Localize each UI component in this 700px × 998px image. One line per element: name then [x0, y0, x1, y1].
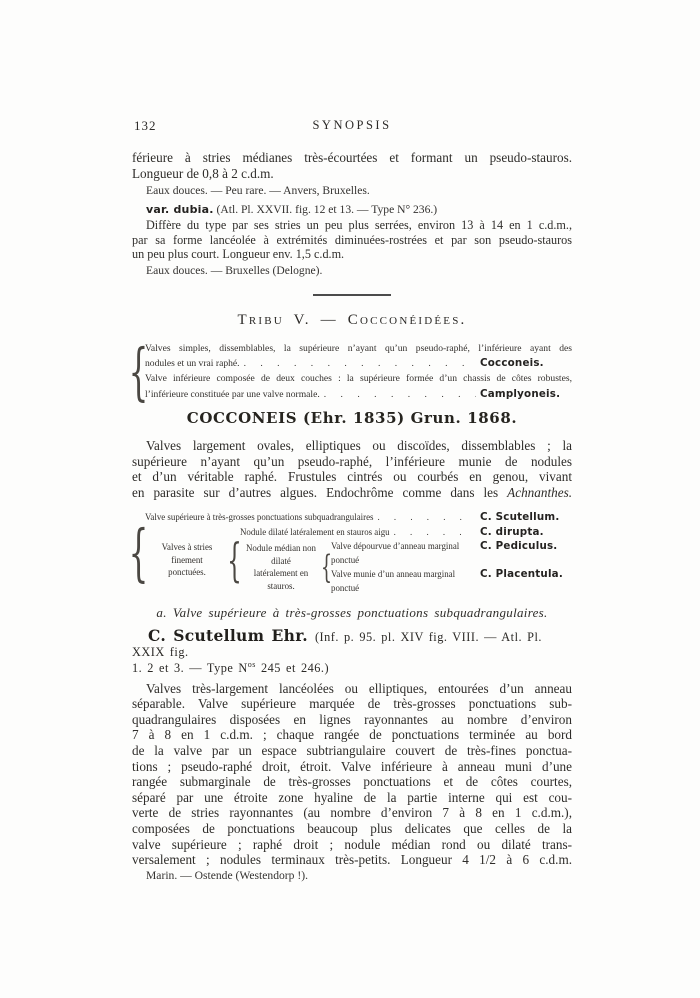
fine-punctate-group: Valves à stries finement ponctuées. { No… — [145, 525, 572, 596]
genus-key-entries: Valves simples, dissemblables, la supéri… — [145, 342, 572, 402]
median-nodule-subgroup: Nodule médian non dilaté latéralement en… — [240, 539, 572, 596]
species-name-placentula: C. Placentula. — [480, 567, 572, 581]
var-dubia-line-3: un peu plus court. Longueur env. 1,5 c.d… — [132, 247, 572, 262]
ref-line2-post: 245 et 246.) — [256, 661, 329, 675]
text-block: 132 SYNOPSIS férieure à stries médianes … — [132, 118, 572, 883]
row1-text: Valve supérieure à très-grosses ponctuat… — [145, 510, 373, 524]
ref-superscript: os — [248, 659, 256, 668]
species-name-scutellum: C. Scutellum. — [480, 510, 572, 524]
intro-line-1: férieure à stries médianes très-écourtée… — [132, 150, 572, 166]
book-page-scan: 132 SYNOPSIS férieure à stries médianes … — [0, 0, 700, 998]
desc-line-9: verte de stries rayonnantes (au nombre d… — [132, 805, 572, 821]
running-title: SYNOPSIS — [132, 118, 572, 133]
var-dubia-line-2: par sa forme lancéolée à extrémités dimi… — [132, 233, 572, 248]
running-header: 132 SYNOPSIS — [132, 118, 572, 133]
species-habitat-line: Marin. — Ostende (Westendorp !). — [132, 868, 572, 883]
key-entry2-text: l’inférieure constituée par une valve no… — [145, 388, 320, 403]
genus-desc-line-2: supérieure n’ayant qu’un pseudo-raphé, l… — [132, 454, 572, 470]
desc-line-11: valve supérieure ; raphé droit ; nodule … — [132, 837, 572, 853]
var-dubia-paragraph: Diffère du type par ses stries un peu pl… — [132, 218, 572, 262]
var-dubia-label: var. dubia. — [146, 203, 214, 216]
genus-description: Valves largement ovales, elliptiques ou … — [132, 438, 572, 500]
desc-line-8: séparé par une étroite zone hyaline de l… — [132, 790, 572, 806]
subgroup-body: Valve dépourvue d’anneau marginal ponctu… — [331, 539, 572, 596]
section-divider — [313, 294, 391, 296]
genus-desc-line-4-text: en parasite sur d’autres algues. Endochr… — [132, 485, 507, 500]
genus-desc-line-3: et d’un véritable raphé. Frustules cintr… — [132, 469, 572, 485]
genus-desc-line-1: Valves largement ovales, elliptiques ou … — [132, 438, 572, 454]
desc-line-7: rangée submarginale de très-grosses ponc… — [132, 774, 572, 790]
var-dubia-line: var. dubia. (Atl. Pl. XXVII. fig. 12 et … — [132, 202, 572, 217]
key-entry2-line2: l’inférieure constituée par une valve no… — [145, 387, 572, 403]
key-entry1-line1: Valves simples, dissemblables, la supéri… — [145, 342, 572, 357]
desc-line-3: quadrangulaires disposées en lignes rayo… — [132, 712, 572, 728]
left-brace-glyph: { — [135, 341, 142, 403]
key-entry1-text: nodules et un vrai raphé. — [145, 357, 240, 372]
species-key-row4: Valve munie d’un anneau marginal ponctué… — [331, 567, 572, 595]
subgroup-label-line2: latéralement en stauros. — [240, 567, 322, 592]
species-name-bold: C. Scutellum Ehr. — [148, 626, 308, 645]
desc-line-1: Valves très-largement lancéolées ou elli… — [132, 681, 572, 697]
innermost-brace-glyph: { — [324, 551, 329, 583]
genus-heading: COCCONEIS (Ehr. 1835) Grun. 1868. — [132, 409, 572, 427]
subgroup-label-line1: Nodule médian non dilaté — [240, 542, 322, 567]
species-reference-line2: 1. 2 et 3. — Type Nos 245 et 246.) — [132, 661, 572, 676]
species-key-body: Valve supérieure à très-grosses ponctuat… — [145, 510, 572, 595]
achnanthes-italic: Achnanthes. — [507, 485, 572, 500]
section-a-heading: a. Valve supérieure à très-grosses ponct… — [132, 605, 572, 621]
genus-name-camplyoneis: Camplyoneis. — [480, 387, 572, 402]
genus-desc-line-4: en parasite sur d’autres algues. Endochr… — [132, 485, 572, 501]
desc-line-2: séparable. Valve supérieure marquée de t… — [132, 696, 572, 712]
intro-habitat-line: Eaux douces. — Peu rare. — Anvers, Bruxe… — [132, 183, 572, 198]
species-heading: C. Scutellum Ehr.(Inf. p. 95. pl. XIV fi… — [132, 628, 572, 661]
key-entry2-line1: Valve inférieure composée de deux couche… — [145, 372, 572, 387]
species-name-pediculus: C. Pediculus. — [480, 539, 572, 553]
key-entry1-line2: nodules et un vrai raphé. . . . . . . . … — [145, 356, 572, 372]
species-key: { Valve supérieure à très-grosses ponctu… — [132, 510, 572, 595]
row3-text: Valve dépourvue d’anneau marginal ponctu… — [331, 539, 472, 567]
desc-line-10: composées de ponctuations beaucoup plus … — [132, 821, 572, 837]
var-dubia-line-1: Diffère du type par ses stries un peu pl… — [132, 218, 572, 233]
group-label: Valves à stries finement ponctuées. — [145, 541, 229, 579]
species-description: Valves très-largement lancéolées ou elli… — [132, 681, 572, 868]
intro-paragraph: férieure à stries médianes très-écourtée… — [132, 150, 572, 181]
intro-line-2: Longueur de 0,8 à 2 c.d.m. — [132, 166, 572, 182]
desc-line-6: tions ; pseudo-raphé droit, étroit. Valv… — [132, 759, 572, 775]
species-name-dirupta: C. dirupta. — [480, 525, 572, 539]
row2-text: Nodule dilaté latéralement en stauros ai… — [240, 525, 390, 539]
leader-dots: . . . . . . . . . . . . — [377, 510, 476, 524]
group-label-line2: ponctuées. — [145, 566, 229, 579]
desc-line-4: 7 à 8 en 1 c.d.m. ; chaque rangée de pon… — [132, 727, 572, 743]
species-key-row1: Valve supérieure à très-grosses ponctuat… — [145, 510, 572, 524]
leader-dots: . . . . . . . . . . . . . . . . . . . . … — [244, 357, 476, 372]
group-label-line1: Valves à stries finement — [145, 541, 229, 566]
leader-dots: . . . . . . . . . . . . — [394, 525, 476, 539]
desc-line-12: versalement ; nodules terminaux très-pet… — [132, 852, 572, 868]
group-body: Nodule dilaté latéralement en stauros ai… — [240, 525, 572, 596]
genus-name-cocconeis: Cocconeis. — [480, 356, 572, 371]
var-dubia-reference: (Atl. Pl. XXVII. fig. 12 et 13. — Type N… — [217, 203, 438, 216]
subgroup-label: Nodule médian non dilaté latéralement en… — [240, 542, 322, 592]
tribe-heading: Tribu V. — Cocconéidées. — [132, 312, 572, 329]
desc-line-5: de la valve par un espace subtriangulair… — [132, 743, 572, 759]
species-key-row2: Nodule dilaté latéralement en stauros ai… — [240, 525, 572, 539]
genus-key: { Valves simples, dissemblables, la supé… — [132, 341, 572, 403]
species-key-row3: Valve dépourvue d’anneau marginal ponctu… — [331, 539, 572, 567]
inner-brace-glyph: { — [232, 537, 238, 583]
var-dubia-habitat-line: Eaux douces. — Bruxelles (Delogne). — [132, 263, 572, 278]
ref-line2-pre: 1. 2 et 3. — Type N — [132, 661, 248, 675]
leader-dots: . . . . . . . . . . . . . . . . . . . — [324, 388, 476, 403]
row4-text: Valve munie d’un anneau marginal ponctué — [331, 567, 472, 595]
left-brace-glyph: { — [135, 522, 142, 584]
